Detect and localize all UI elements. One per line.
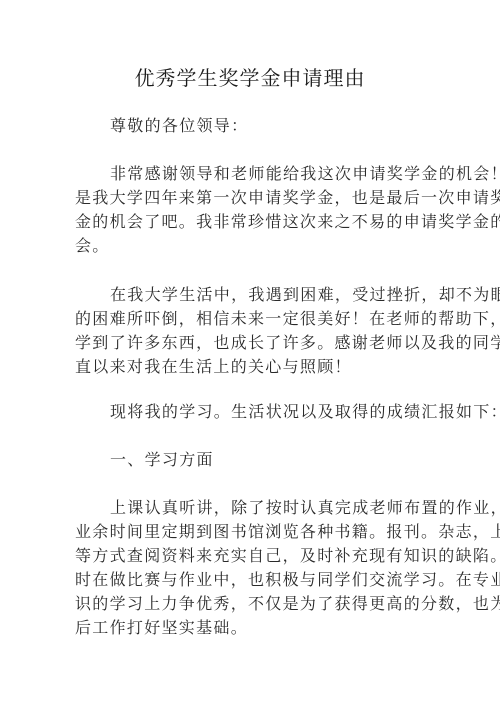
paragraph-line: 上课认真听讲，除了按时认真完成老师布置的作业，在 (75, 496, 425, 520)
section-heading-study: 一、学习方面 (75, 448, 425, 472)
paragraph-line: 在我大学生活中，我遇到困难，受过挫折，却不为眼前 (75, 283, 425, 307)
paragraph-report-intro: 现将我的学习。生活状况以及取得的成绩汇报如下： (75, 400, 425, 424)
paragraph-gratitude: 非常感谢领导和老师能给我这次申请奖学金的机会！这 是我大学四年来第一次申请奖学金… (75, 162, 425, 258)
paragraph-line: 的困难所吓倒，相信未来一定很美好！在老师的帮助下，我 (75, 307, 425, 331)
paragraph-line: 后工作打好坚实基础。 (75, 616, 425, 640)
paragraph-line: 是我大学四年来第一次申请奖学金，也是最后一次申请奖学 (75, 186, 425, 210)
paragraph-line: 学到了许多东西，也成长了许多。感谢老师以及我的同学一 (75, 331, 425, 355)
paragraph-study: 上课认真听讲，除了按时认真完成老师布置的作业，在 业余时间里定期到图书馆浏览各种… (75, 496, 425, 640)
paragraph-line: 业余时间里定期到图书馆浏览各种书籍。报刊。杂志，上网 (75, 520, 425, 544)
paragraph-line: 现将我的学习。生活状况以及取得的成绩汇报如下： (75, 400, 425, 424)
paragraph-line: 金的机会了吧。我非常珍惜这次来之不易的申请奖学金的机 (75, 210, 425, 234)
document-title: 优秀学生奖学金申请理由 (0, 62, 500, 91)
paragraph-line: 时在做比赛与作业中，也积极与同学们交流学习。在专业知 (75, 568, 425, 592)
section-heading: 一、学习方面 (75, 448, 425, 472)
paragraph-line: 会。 (75, 234, 425, 258)
document-page: 优秀学生奖学金申请理由 尊敬的各位领导： 非常感谢领导和老师能给我这次申请奖学金… (0, 0, 500, 707)
salutation: 尊敬的各位领导： (75, 114, 425, 138)
paragraph-line: 等方式查阅资料来充实自己，及时补充现有知识的缺陷。平 (75, 544, 425, 568)
paragraph-line: 识的学习上力争优秀，不仅是为了获得更高的分数，也为日 (75, 592, 425, 616)
paragraph-university-life: 在我大学生活中，我遇到困难，受过挫折，却不为眼前 的困难所吓倒，相信未来一定很美… (75, 283, 425, 379)
paragraph-line: 直以来对我在生活上的关心与照顾！ (75, 355, 425, 379)
paragraph-line: 非常感谢领导和老师能给我这次申请奖学金的机会！这 (75, 162, 425, 186)
